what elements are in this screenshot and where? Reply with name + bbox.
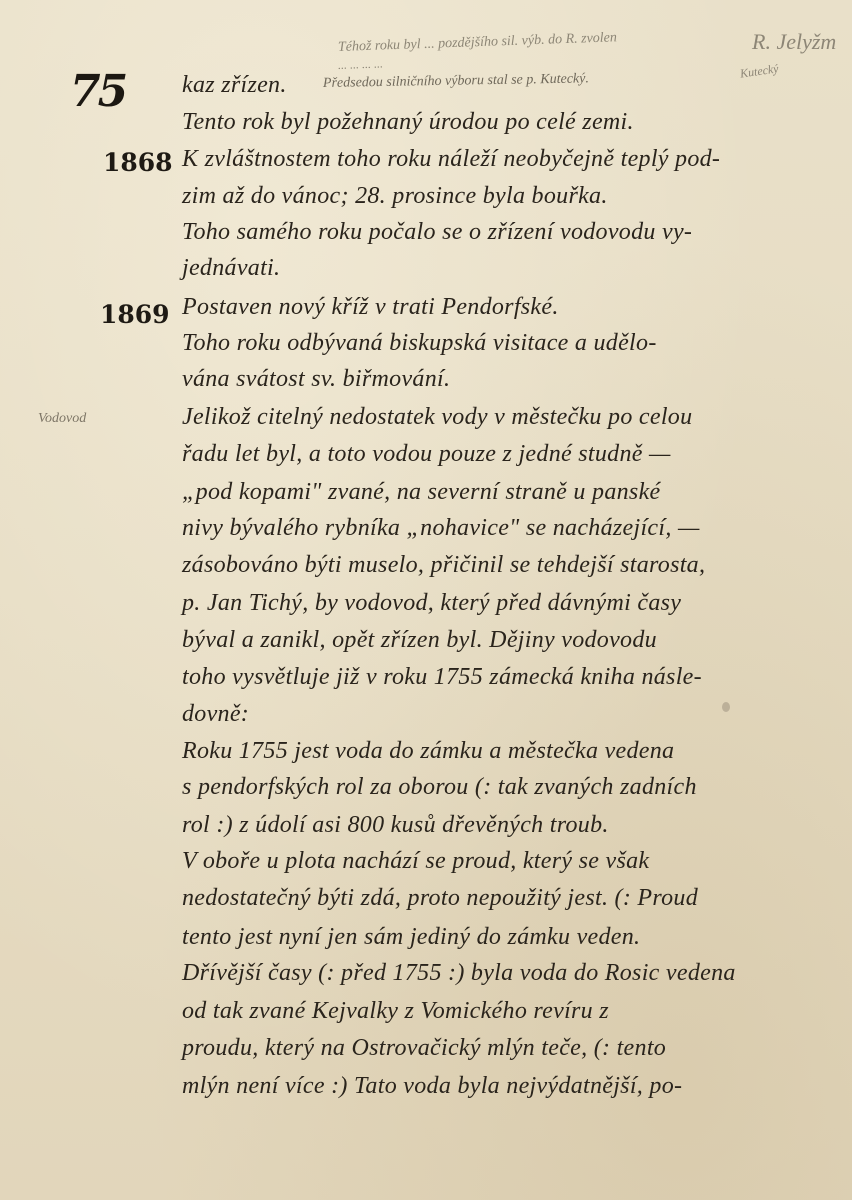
text-line: Postaven nový kříž v trati Pendorfské. [182, 294, 559, 321]
paper-stain [722, 702, 730, 712]
text-line: Roku 1755 jest voda do zámku a městečka … [182, 738, 674, 765]
year-marker-1868: 1868 [103, 148, 173, 177]
margin-note: Vodovod [38, 411, 86, 427]
text-line: rol :) z údolí asi 800 kusů dřevěných tr… [182, 812, 609, 839]
text-line: dovně: [182, 701, 249, 728]
text-line: kaz zřízen. [182, 72, 287, 99]
text-line: toho vysvětluje již v roku 1755 zámecká … [182, 664, 702, 691]
text-line: nivy bývalého rybníka „nohavice" se nach… [182, 515, 700, 542]
year-marker-1869: 1869 [100, 300, 170, 329]
text-line: s pendorfských rol za oborou (: tak zvan… [182, 774, 697, 801]
text-line: zásobováno býti muselo, přičinil se tehd… [182, 552, 705, 579]
pencil-annotation: Kutecký [739, 61, 779, 81]
page-number: 75 [70, 66, 125, 117]
text-line: Toho roku odbývaná biskupská visitace a … [182, 330, 657, 357]
pencil-annotation: Předsedou silničního výboru stal se p. K… [323, 71, 589, 92]
text-line: tento jest nyní jen sám jediný do zámku … [182, 924, 640, 951]
text-line: řadu let byl, a toto vodou pouze z jedné… [182, 441, 671, 468]
text-line: V oboře u plota nachází se proud, který … [182, 848, 649, 875]
text-line: Jelikož citelný nedostatek vody v městeč… [182, 404, 692, 431]
pencil-annotation: R. Jelyžm [752, 29, 836, 55]
text-line: nedostatečný býti zdá, proto nepoužitý j… [182, 885, 698, 912]
text-line: Tento rok byl požehnaný úrodou po celé z… [182, 109, 634, 136]
pencil-annotation: Téhož roku byl ... pozdějšího sil. výb. … [338, 30, 617, 56]
text-line: Toho samého roku počalo se o zřízení vod… [182, 219, 692, 246]
pencil-annotation: ... ... ... ... [338, 56, 383, 73]
text-line: Dřívější časy (: před 1755 :) byla voda … [182, 960, 736, 987]
text-line: jednávati. [182, 255, 280, 282]
text-line: proudu, který na Ostrovačický mlýn teče,… [182, 1035, 666, 1062]
text-line: p. Jan Tichý, by vodovod, který před dáv… [182, 590, 681, 617]
chronicle-page: 75 Téhož roku byl ... pozdějšího sil. vý… [0, 0, 852, 1200]
text-line: od tak zvané Kejvalky z Vomického revíru… [182, 998, 609, 1025]
text-line: mlýn není více :) Tato voda byla nejvýda… [182, 1073, 682, 1100]
text-line: „pod kopami" zvané, na severní straně u … [182, 479, 660, 506]
text-line: býval a zanikl, opět zřízen byl. Dějiny … [182, 627, 657, 654]
text-line: vána svátost sv. biřmování. [182, 366, 450, 393]
text-line: zim až do vánoc; 28. prosince byla bouřk… [182, 183, 608, 210]
text-line: K zvláštnostem toho roku náleží neobyčej… [182, 146, 720, 173]
